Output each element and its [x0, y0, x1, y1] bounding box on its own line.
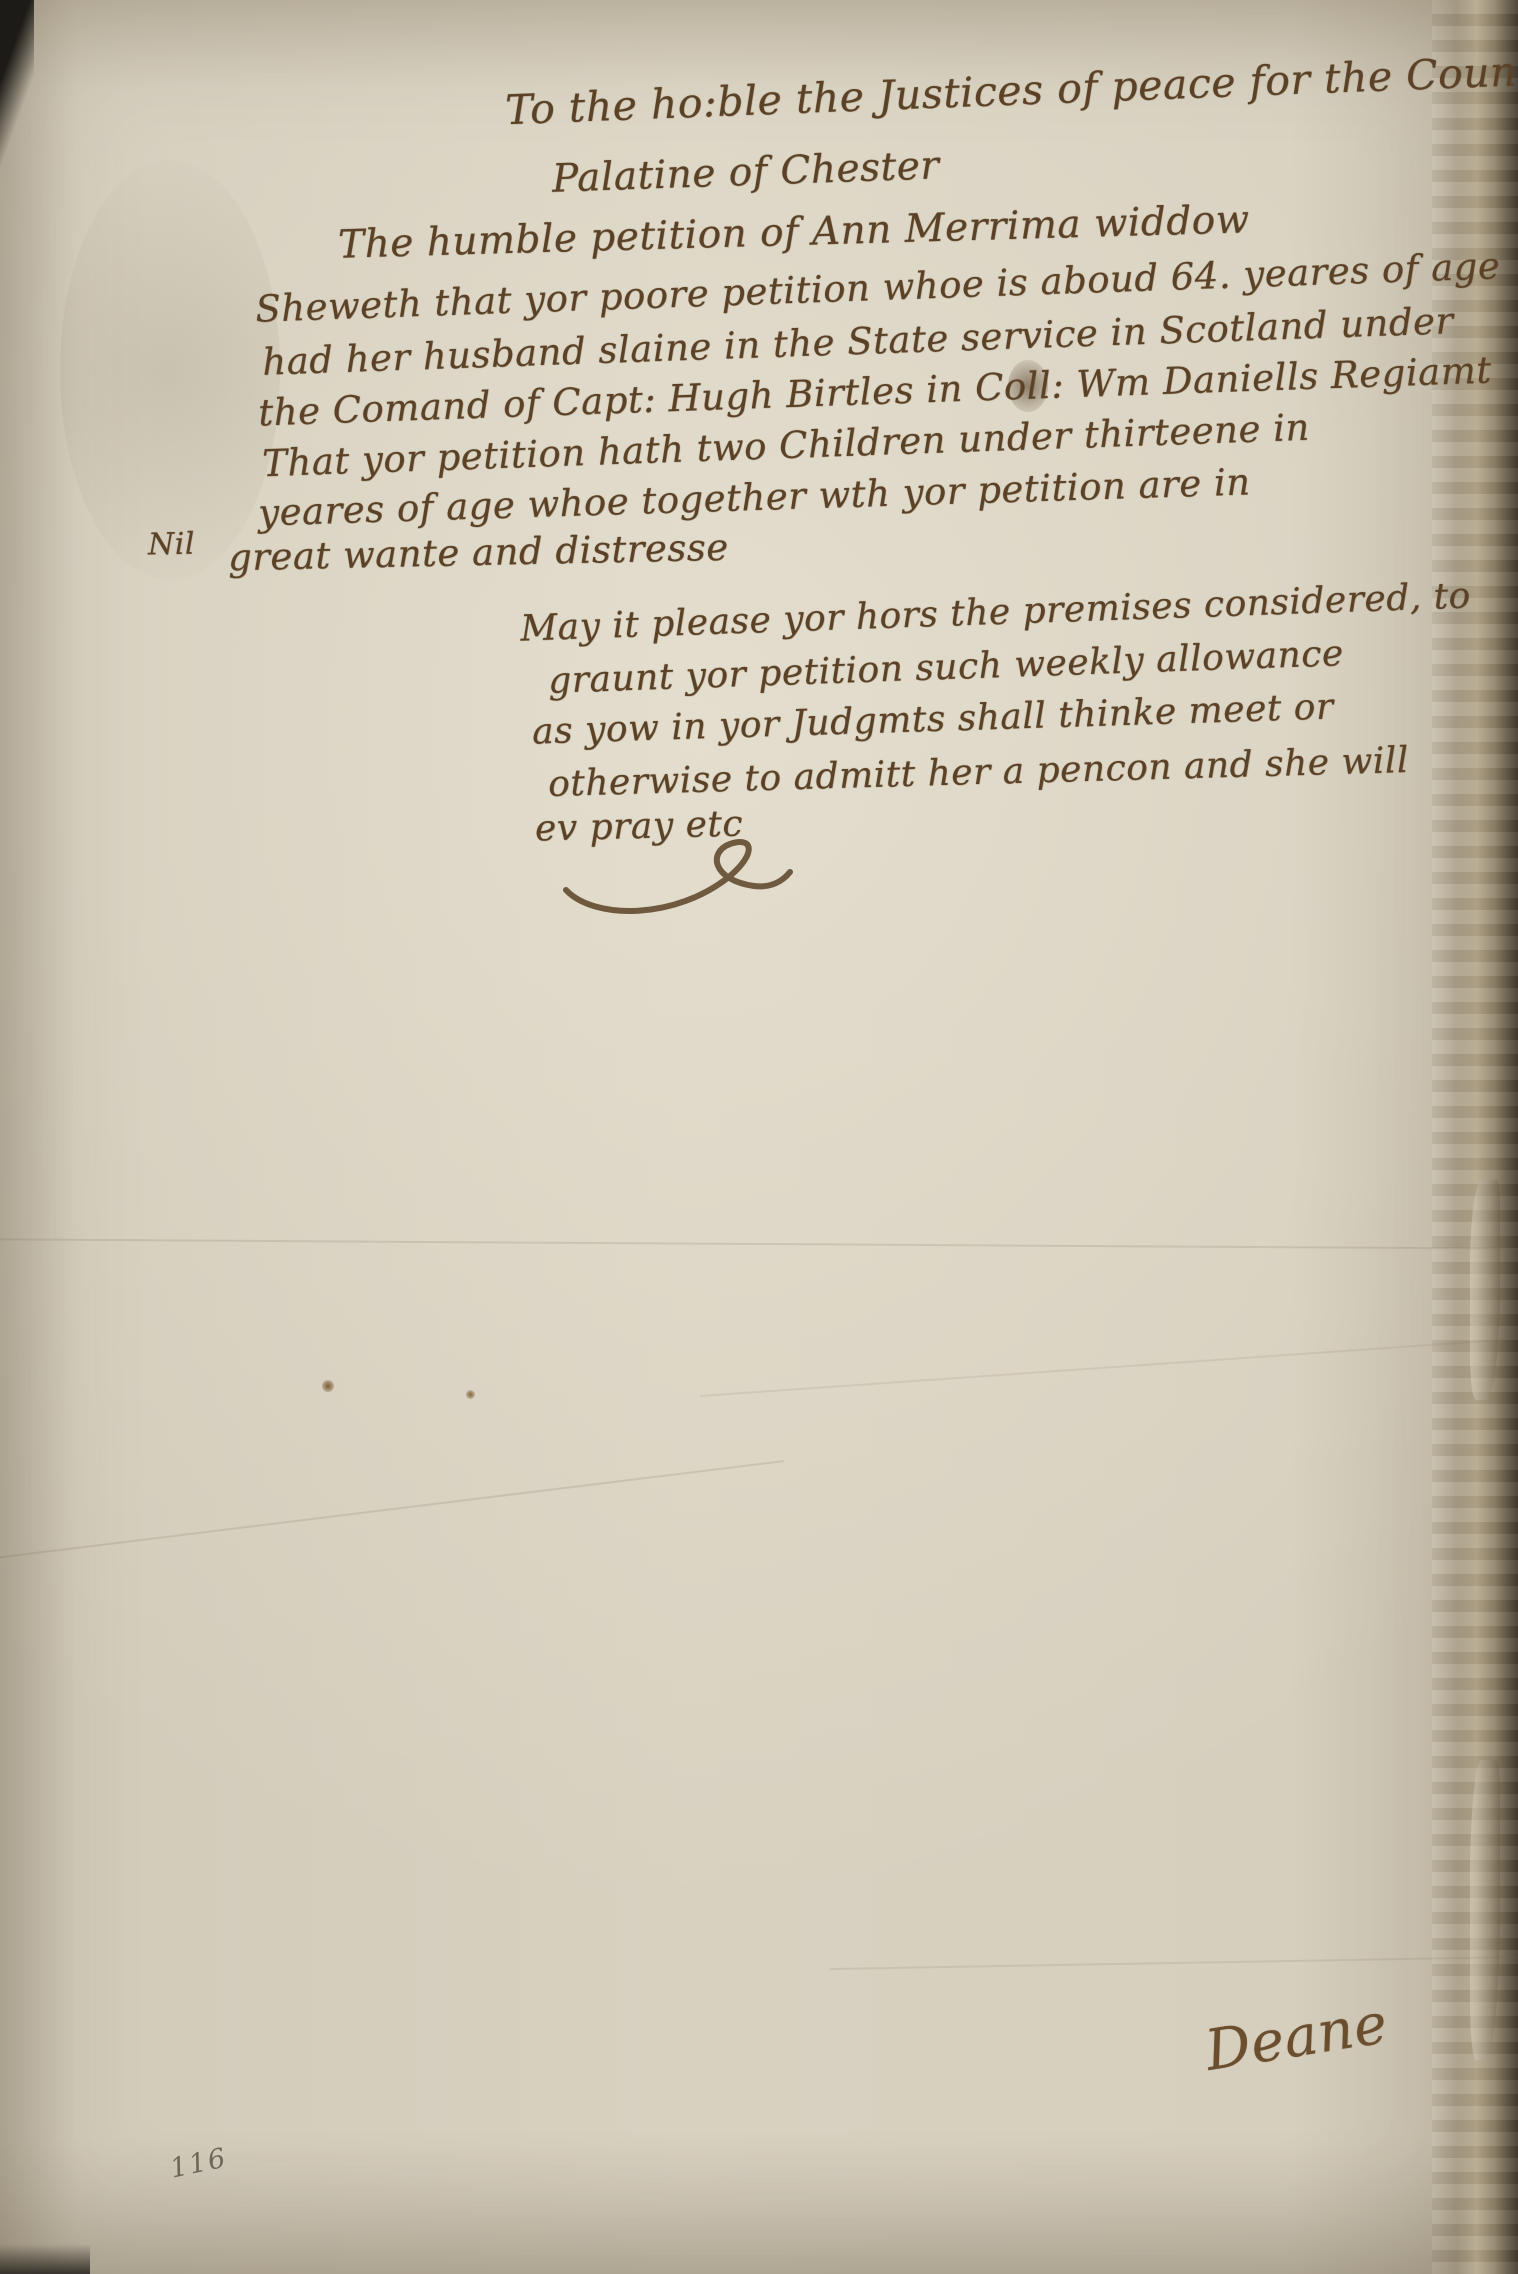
body-line: great wante and distresse [228, 526, 730, 579]
paper-crease [0, 1460, 784, 1562]
photo-corner-shadow [0, 2244, 90, 2274]
clerk-signature: Deane [1201, 1991, 1392, 2084]
paper-discoloration [60, 160, 280, 580]
torn-edge [1470, 1180, 1500, 1400]
prayer-line: otherwise to admitt her a pencon and she… [548, 740, 1410, 805]
photo-corner-shadow [0, 0, 34, 180]
pen-flourish [558, 828, 798, 928]
folio-number: 116 [167, 2142, 230, 2184]
manuscript-page-photo: To the ho:ble the Justices of peace for … [0, 0, 1518, 2274]
ink-spot [466, 1390, 475, 1399]
paper-crease [700, 1335, 1518, 1397]
ink-spot [322, 1380, 334, 1392]
paper-crease [0, 1238, 1518, 1249]
heading-line-2: Palatine of Chester [551, 143, 940, 201]
margin-note: Nil [148, 527, 196, 563]
paper-crease [830, 1956, 1518, 1970]
heading-line-1: To the ho:ble the Justices of peace for … [504, 46, 1518, 134]
torn-edge [1470, 1760, 1500, 2060]
